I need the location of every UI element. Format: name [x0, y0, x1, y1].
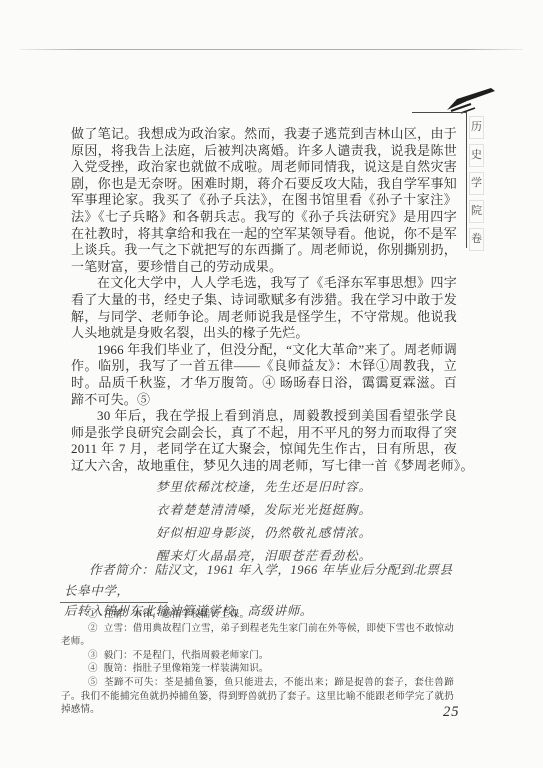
text-line: 解，与同学、老师争论。周老师说我是怪学生，不守常规。他说我将来不是出 [71, 309, 457, 326]
poem-line: 衣着楚楚清清嗓，发际光光挺挺胸。 [71, 499, 457, 522]
text-line: 上谈兵。我一气之下就把写的东西撕了。周老师说，你别撕别扔，这是人生的 [71, 242, 457, 259]
volume-label-char: 学 [469, 172, 484, 195]
footnote: ③毅门：不是程门，代指周毅老师家门。 [61, 650, 454, 664]
poem-line: 梦里依稀沈校逢，先生还是旧时容。 [71, 476, 457, 499]
pen-icon [441, 84, 499, 114]
text-line: 在社教时，将其拿给和我在一起的空军某领导看。他说，你不是军人，那是纸 [71, 226, 457, 243]
footnote-text: 荃蹄不可失：荃是捕鱼篓，鱼只能进去，不能出来；蹄是捉兽的套子，套住兽蹄子。我们不… [61, 678, 454, 715]
paragraph: 做了笔记。我想成为政治家。然而，我妻子逃荒到吉林山区，由于不便明说的 原因，将我… [71, 126, 457, 275]
poem-line: 好似相迎身影淡，仍然敬礼感情浓。 [71, 522, 457, 545]
footnote-text: 毅门：不是程门，代指周毅老师家门。 [104, 651, 269, 661]
footnote-text: 腹笥：指肚子里像箱笼一样装满知识。 [104, 664, 269, 674]
footnote-marker: ⑤ [88, 678, 98, 688]
paragraph: 30 年后，我在学报上看到消息，周毅教授到美国看望张学良将军。周老 师是张学良研… [71, 408, 457, 474]
text-line: 法》《七子兵略》和各朝兵志。我写的《孙子兵法研究》是用四字韵语写成的。 [71, 209, 457, 226]
text-line: 师是张学良研究会副会长，真了不起，用不平凡的努力而取得了突出成绩。 [71, 425, 457, 442]
footnote-divider [60, 602, 168, 603]
footnote-marker: ① [88, 610, 98, 620]
footnote-text: 注解：木铎，意指学校摇铃上课。 [104, 610, 250, 620]
scan-edge-line [20, 49, 523, 50]
text-line: 看了大量的书，经史子集、诗词歌赋多有涉猎。我在学习中敢于发表独立见 [71, 292, 457, 309]
author-bio-line: 作者简介：陆汉文，1961 年入学，1966 年毕业后分配到北票县长皋中学， [64, 560, 457, 601]
paragraph: 在文化大学中，人人学毛选，我写了《毛泽东军事思想》四字韵语。我还 看了大量的书，… [71, 275, 457, 341]
text-line: 在文化大学中，人人学毛选，我写了《毛泽东军事思想》四字韵语。我还 [71, 275, 457, 292]
corner-rule-vertical [466, 112, 467, 248]
body-text: 做了笔记。我想成为政治家。然而，我妻子逃荒到吉林山区，由于不便明说的 原因，将我… [71, 126, 457, 474]
footnote: ④腹笥：指肚子里像箱笼一样装满知识。 [61, 663, 454, 677]
text-line: 一笔财富，要珍惜自己的劳动成果。 [71, 259, 457, 276]
footnote: ⑤荃蹄不可失：荃是捕鱼篓，鱼只能进去，不能出来；蹄是捉兽的套子，套住兽蹄子。我们… [61, 677, 454, 718]
footnote-marker: ③ [88, 651, 98, 661]
text-line: 军事理论家。我买了《孙子兵法》，在图书馆里看《孙子十家注》《孙膑兵 [71, 192, 457, 209]
text-line: 人头地就是身败名裂，出头的椽子先烂。 [71, 325, 457, 342]
text-line: 辽大六舍，故地重住，梦见久违的周老师，写七律一首《梦周老师》。 [71, 458, 457, 475]
poem-dream-of-teacher-zhou: 梦里依稀沈校逢，先生还是旧时容。 衣着楚楚清清嗓，发际光光挺挺胸。 好似相迎身影… [71, 476, 457, 568]
footnotes: ①注解：木铎，意指学校摇铃上课。 ②立雪：借用典故程门立雪，弟子到程老先生家门前… [61, 609, 454, 718]
footnote: ①注解：木铎，意指学校摇铃上课。 [61, 609, 454, 623]
text-line: 时。品质千秋鉴，才华万腹笥。④ 旸旸春日浴，霭霭夏霖滋。百岁高谊在，荃 [71, 375, 457, 392]
volume-label-char: 院 [469, 200, 484, 223]
footnote-marker: ④ [88, 664, 98, 674]
text-line: 2011 年 7 月，老同学在辽大聚会，惊闻先生作古，日有所思，夜有所梦。在 [71, 441, 457, 458]
volume-label-char: 史 [469, 144, 484, 167]
text-line: 作。临别，我写了一首五律——《良师益友》：木铎①周教我，立雪②毅门③ [71, 358, 457, 375]
text-line: 1966 年我们毕业了，但没分配，“文化大革命”来了。周老师调到别处工 [71, 342, 457, 359]
text-line: 蹄不可失。⑤ [71, 392, 457, 409]
volume-label-char: 历 [469, 116, 484, 139]
footnote: ②立雪：借用典故程门立雪，弟子到程老先生家门前在外等候，即使下雪也不敢惊动老师。 [61, 623, 454, 650]
volume-label-char: 卷 [469, 228, 484, 251]
footnote-marker: ② [88, 624, 98, 634]
corner-rule-horizontal [412, 112, 466, 113]
text-line: 剧，你也是无奈呀。困难时期，蒋介石要反攻大陆，我自学军事知识，想做个 [71, 176, 457, 193]
volume-label-vertical: 历 史 学 院 卷 [469, 116, 485, 256]
paragraph: 1966 年我们毕业了，但没分配，“文化大革命”来了。周老师调到别处工 作。临别… [71, 342, 457, 408]
text-line: 入党受挫，政治家也就做不成啦。周老师同情我，说这是自然灾害造成的悲 [71, 159, 457, 176]
text-line: 30 年后，我在学报上看到消息，周毅教授到美国看望张学良将军。周老 [71, 408, 457, 425]
page-number: 25 [443, 704, 483, 721]
text-line: 做了笔记。我想成为政治家。然而，我妻子逃荒到吉林山区，由于不便明说的 [71, 126, 457, 143]
text-line: 原因，将我告上法庭，后被判决离婚。许多人谴责我，说我是陈世美，我因此 [71, 143, 457, 160]
scanned-book-page: { "page": { "sidebar_chars": ["历", "史", … [0, 0, 543, 768]
footnote-text: 立雪：借用典故程门立雪，弟子到程老先生家门前在外等候，即使下雪也不敢惊动老师。 [61, 624, 454, 648]
